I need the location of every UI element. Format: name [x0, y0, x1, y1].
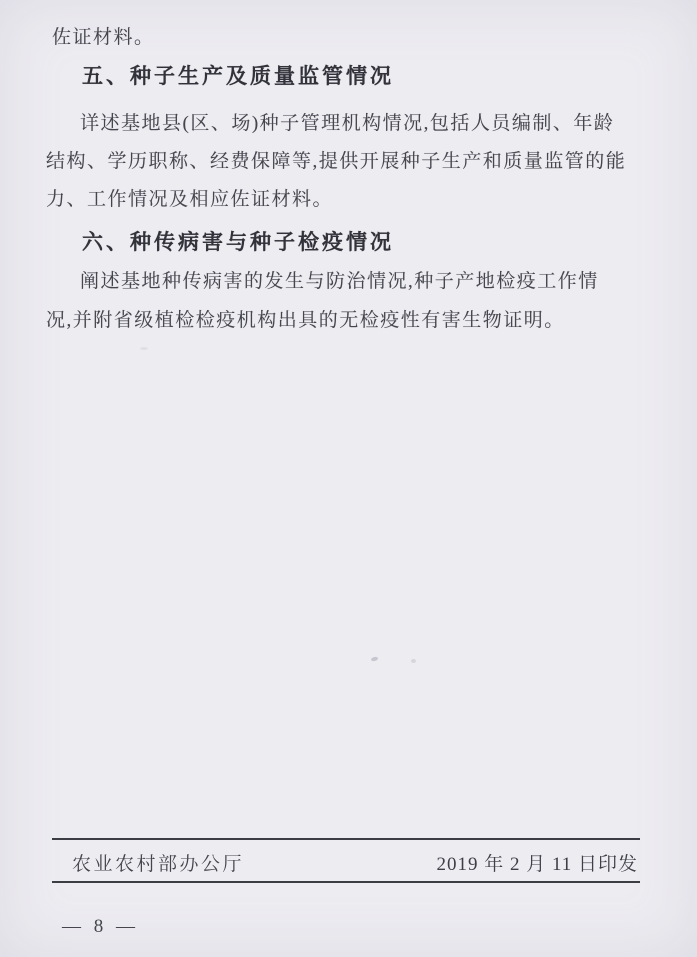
colophon: 农业农村部办公厅 2019 年 2 月 11 日印发 — [52, 849, 640, 876]
section-5-paragraph-line-3: 力、工作情况及相应佐证材料。 — [46, 184, 333, 211]
section-6-paragraph-line-2: 况,并附省级植检检疫机构出具的无检疫性有害生物证明。 — [46, 305, 565, 332]
scanned-document-page: 佐证材料。 五、种子生产及质量监管情况 详述基地县(区、场)种子管理机构情况,包… — [0, 0, 697, 957]
colophon-top-rule — [52, 838, 640, 840]
scan-speck — [140, 347, 148, 350]
carryover-paragraph-end: 佐证材料。 — [52, 22, 155, 49]
issuing-office: 农业农村部办公厅 — [52, 849, 244, 876]
section-5-heading: 五、种子生产及质量监管情况 — [82, 60, 394, 90]
section-6-heading: 六、种传病害与种子检疫情况 — [82, 226, 394, 256]
scan-speck — [371, 656, 379, 662]
section-5-paragraph-line-2: 结构、学历职称、经费保障等,提供开展种子生产和质量监管的能 — [46, 146, 626, 173]
page-number: — 8 — — [62, 916, 139, 938]
section-5-paragraph-line-1: 详述基地县(区、场)种子管理机构情况,包括人员编制、年龄 — [80, 108, 614, 135]
colophon-bottom-rule — [52, 881, 640, 883]
section-6-paragraph-line-1: 阐述基地种传病害的发生与防治情况,种子产地检疫工作情 — [80, 266, 599, 293]
print-date: 2019 年 2 月 11 日印发 — [436, 849, 640, 876]
scan-speck — [411, 659, 416, 663]
